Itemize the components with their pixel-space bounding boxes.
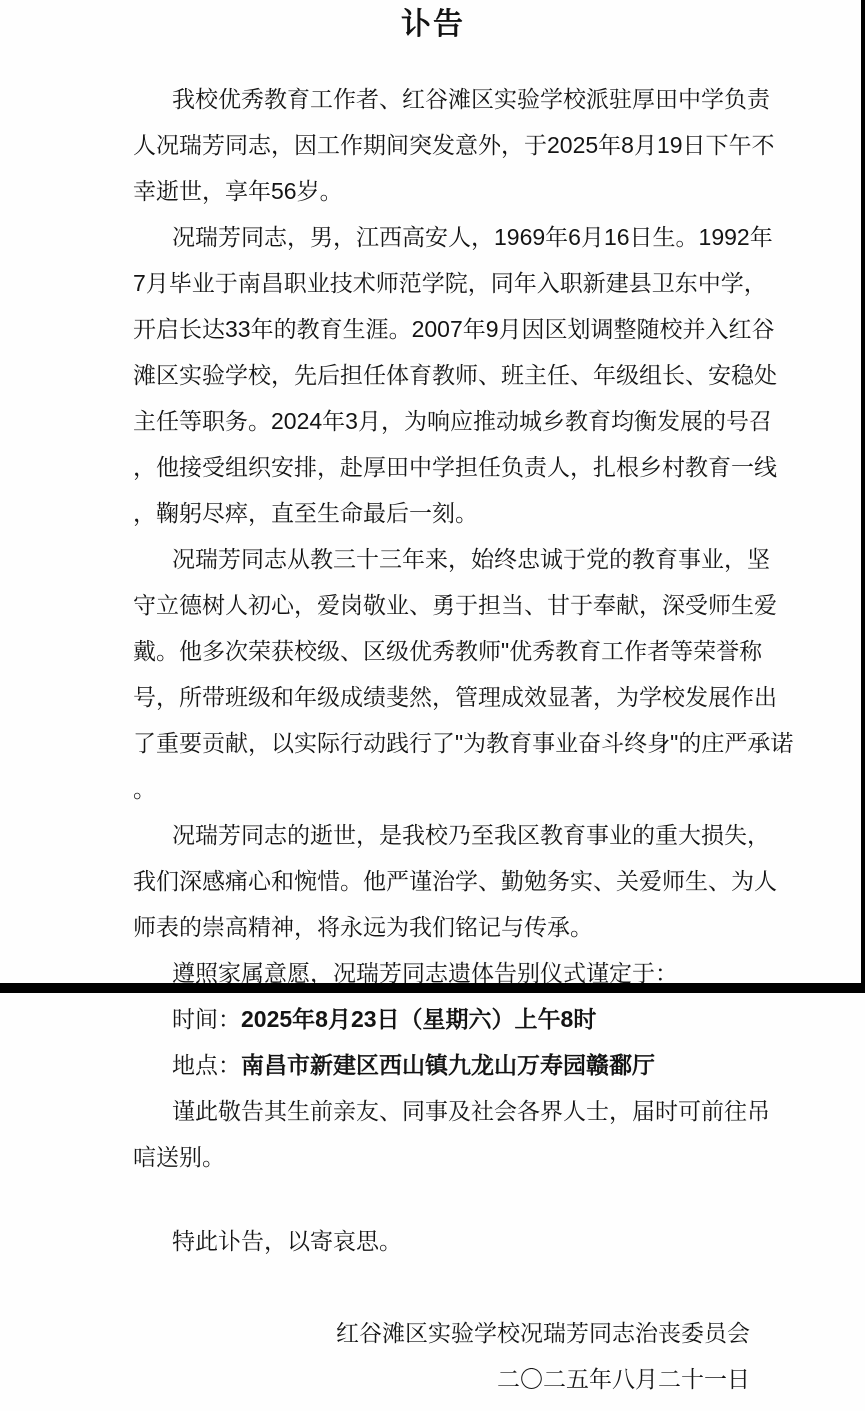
document-line: 唁送别。 (133, 1134, 733, 1180)
divider-bar (0, 983, 865, 993)
document-line: 地点：南昌市新建区西山镇九龙山万寿园赣鄱厅 (133, 1042, 733, 1088)
document-line: 时间：2025年8月23日（星期六）上午8时 (133, 996, 733, 1042)
line-segment-bold: 南昌市新建区西山镇九龙山万寿园赣鄱厅 (241, 1052, 655, 1078)
document-line: 开启长达33年的教育生涯。2007年9月因区划调整随校并入红谷 (133, 306, 733, 352)
document-body: 讣告 我校优秀教育工作者、红谷滩区实验学校派驻厚田中学负责人况瑞芳同志，因工作期… (0, 0, 733, 1264)
line-spacer (133, 1180, 733, 1218)
line-segment: ，他接受组织安排，赴厚田中学担任负责人，扎根乡村教育一线 (133, 454, 777, 480)
document-line: 了重要贡献，以实际行动践行了"为教育事业奋斗终身"的庄严承诺 (133, 720, 733, 766)
right-edge-border (861, 0, 865, 993)
document-line: 。 (133, 766, 733, 812)
document-line: 7月毕业于南昌职业技术师范学院，同年入职新建县卫东中学， (133, 260, 733, 306)
line-segment: 唁送别。 (133, 1144, 225, 1170)
line-segment: 地点： (172, 1052, 241, 1078)
line-segment: ，鞠躬尽瘁，直至生命最后一刻。 (133, 500, 478, 526)
line-segment: 况瑞芳同志，男，江西高安人，1969年6月16日生。1992年 (172, 224, 773, 250)
line-segment: 滩区实验学校，先后担任体育教师、班主任、年级组长、安稳处 (133, 362, 777, 388)
document-line: ，鞠躬尽瘁，直至生命最后一刻。 (133, 490, 733, 536)
line-segment: 了重要贡献，以实际行动践行了"为教育事业奋斗终身"的庄严承诺 (133, 730, 793, 756)
document-line: 号，所带班级和年级成绩斐然，管理成效显著，为学校发展作出 (133, 674, 733, 720)
line-segment: 。 (133, 776, 156, 802)
line-segment: 7月毕业于南昌职业技术师范学院，同年入职新建县卫东中学， (133, 270, 767, 296)
page-title: 讣告 (133, 0, 733, 42)
document-line: 特此讣告，以寄哀思。 (133, 1218, 733, 1264)
line-segment: 时间： (172, 1006, 241, 1032)
line-segment: 况瑞芳同志从教三十三年来，始终忠诚于党的教育事业，坚 (172, 546, 770, 572)
document-line: 谨此敬告其生前亲友、同事及社会各界人士，届时可前往吊 (133, 1088, 733, 1134)
date-line: 二〇二五年八月二十一日 (0, 1356, 865, 1402)
document-line: 守立德树人初心，爱岗敬业、勇于担当、甘于奉献，深受师生爱 (133, 582, 733, 628)
document-footer: 红谷滩区实验学校况瑞芳同志治丧委员会 二〇二五年八月二十一日 (0, 1264, 865, 1402)
line-segment: 我们深感痛心和惋惜。他严谨治学、勤勉务实、关爱师生、为人 (133, 868, 777, 894)
line-segment: 谨此敬告其生前亲友、同事及社会各界人士，届时可前往吊 (172, 1098, 770, 1124)
line-segment: 开启长达33年的教育生涯。2007年9月因区划调整随校并入红谷 (133, 316, 775, 342)
line-segment: 人况瑞芳同志，因工作期间突发意外，于2025年8月19日下午不 (133, 132, 775, 158)
line-segment: 号，所带班级和年级成绩斐然，管理成效显著，为学校发展作出 (133, 684, 777, 710)
line-segment: 我校优秀教育工作者、红谷滩区实验学校派驻厚田中学负责 (172, 86, 770, 112)
document-line: 师表的崇高精神，将永远为我们铭记与传承。 (133, 904, 733, 950)
document-line: 我们深感痛心和惋惜。他严谨治学、勤勉务实、关爱师生、为人 (133, 858, 733, 904)
document-line: 人况瑞芳同志，因工作期间突发意外，于2025年8月19日下午不 (133, 122, 733, 168)
line-segment: 特此讣告，以寄哀思。 (172, 1228, 402, 1254)
line-segment-bold: 2025年8月23日（星期六）上午8时 (241, 1006, 596, 1032)
line-segment: 戴。他多次荣获校级、区级优秀教师"优秀教育工作者等荣誉称 (133, 638, 762, 664)
document-line: 主任等职务。2024年3月，为响应推动城乡教育均衡发展的号召 (133, 398, 733, 444)
line-segment: 主任等职务。2024年3月，为响应推动城乡教育均衡发展的号召 (133, 408, 772, 434)
body-lines: 我校优秀教育工作者、红谷滩区实验学校派驻厚田中学负责人况瑞芳同志，因工作期间突发… (133, 76, 733, 1264)
document-line: 滩区实验学校，先后担任体育教师、班主任、年级组长、安稳处 (133, 352, 733, 398)
signature-line: 红谷滩区实验学校况瑞芳同志治丧委员会 (0, 1310, 865, 1356)
document-line: 戴。他多次荣获校级、区级优秀教师"优秀教育工作者等荣誉称 (133, 628, 733, 674)
line-segment: 况瑞芳同志的逝世，是我校乃至我区教育事业的重大损失， (172, 822, 770, 848)
document-line: 况瑞芳同志，男，江西高安人，1969年6月16日生。1992年 (133, 214, 733, 260)
footer-spacer (0, 1264, 865, 1310)
line-segment: 幸逝世，享年56岁。 (133, 178, 343, 204)
document-line: 幸逝世，享年56岁。 (133, 168, 733, 214)
document-line: ，他接受组织安排，赴厚田中学担任负责人，扎根乡村教育一线 (133, 444, 733, 490)
document-line: 我校优秀教育工作者、红谷滩区实验学校派驻厚田中学负责 (133, 76, 733, 122)
line-segment: 守立德树人初心，爱岗敬业、勇于担当、甘于奉献，深受师生爱 (133, 592, 777, 618)
obituary-document: { "document": { "title": "讣告", "lines": … (0, 0, 865, 1411)
document-line: 况瑞芳同志的逝世，是我校乃至我区教育事业的重大损失， (133, 812, 733, 858)
line-segment: 师表的崇高精神，将永远为我们铭记与传承。 (133, 914, 593, 940)
document-line: 况瑞芳同志从教三十三年来，始终忠诚于党的教育事业，坚 (133, 536, 733, 582)
